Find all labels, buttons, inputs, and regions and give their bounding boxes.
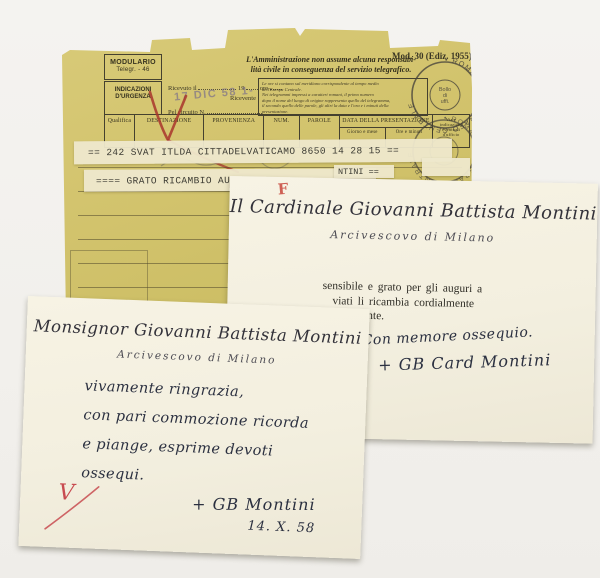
printed-line-1: sensibile e grato per gli auguri a [323,280,483,295]
faint-form-box [70,250,148,302]
telegram-message-line: ==== GRATO RICAMBIO AU [96,174,230,186]
monsignor-signature: + GB Montini [192,495,315,514]
monsignor-card-title: Monsignor Giovanni Battista Montini [27,316,369,348]
handwritten-salutation: Con memore ossequio. [361,324,533,348]
modulario-number: Telegr. - 46 [105,67,161,73]
modulario-box: MODULARIO Telegr. - 46 [104,54,162,80]
telegram-message-fragment: NTINI == [338,167,379,177]
photo-backdrop: MODULARIO Telegr. - 46 L'Amministrazione… [0,0,600,578]
red-v-annotation-icon: V [35,470,118,543]
tape-strip-address: == 242 SVAT ITLDA CITTADELVATICAMO 8650 … [74,139,452,165]
handwritten-date: 14. X. 58 [247,519,315,537]
red-f-annotation: F [277,180,289,199]
tape-strip-fragment: NTINI == [334,165,394,178]
red-v-letter: V [58,480,77,506]
postmark-inner-3: uffi. [441,99,450,105]
cardinal-signature: + GB Card Montini [378,350,552,374]
modulario-label: MODULARIO [110,59,156,66]
tape-strip-blank [422,158,470,176]
telegram-routing-line: == 242 SVAT ITLDA CITTADELVATICAMO 8650 … [88,145,399,158]
monsignor-card: Monsignor Giovanni Battista Montini Arci… [18,296,369,559]
monsignor-card-subtitle: Arcivescovo di Milano [26,345,368,370]
cardinal-card-title: Il Cardinale Giovanni Battista Montini [229,196,597,225]
cardinal-card-subtitle: Arcivescovo di Milano [229,226,597,247]
